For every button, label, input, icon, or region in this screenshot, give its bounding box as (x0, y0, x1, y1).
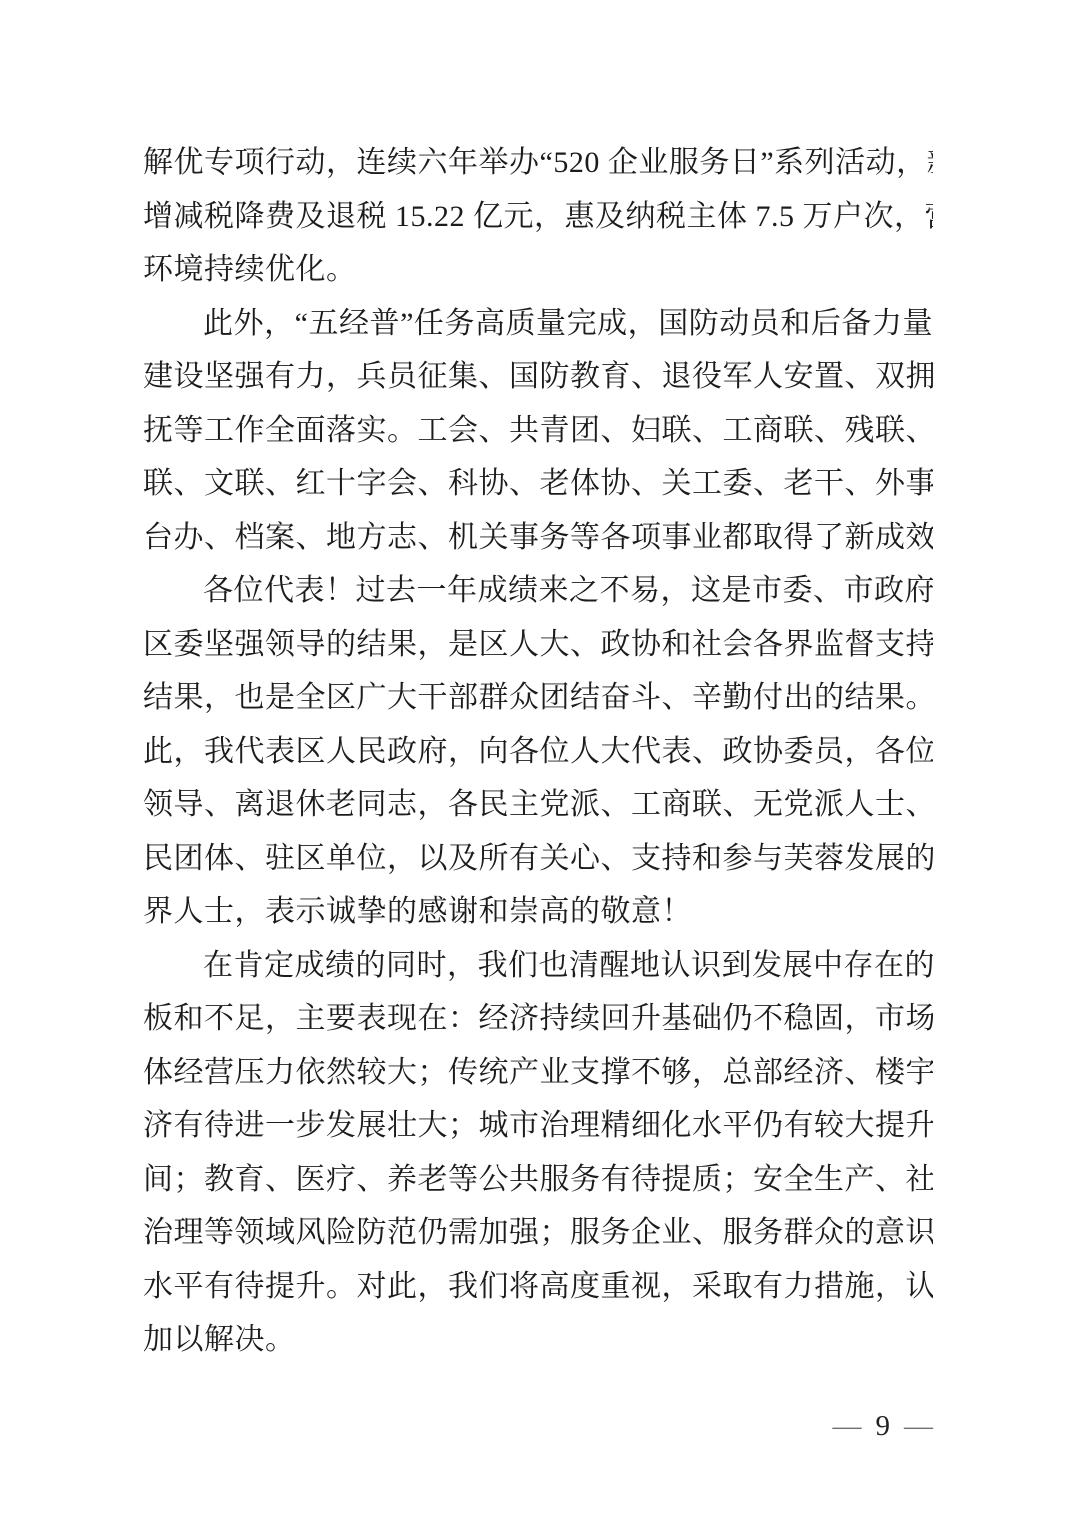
text-line: 结果，也是全区广大干部群众团结奋斗、辛勤付出的结果。在 (143, 671, 933, 725)
text-line: 济有待进一步发展壮大；城市治理精细化水平仍有较大提升空 (143, 1099, 933, 1153)
text-line: 环境持续优化。 (143, 243, 933, 297)
text-line: 体经营压力依然较大；传统产业支撑不够，总部经济、楼宇经 (143, 1046, 933, 1100)
text-line: 治理等领域风险防范仍需加强；服务企业、服务群众的意识和 (143, 1206, 933, 1260)
document-body: 解优专项行动，连续六年举办“520 企业服务日”系列活动，新增减税降费及退税 1… (143, 136, 933, 1367)
text-line: 增减税降费及退税 15.22 亿元，惠及纳税主体 7.5 万户次，营商 (143, 190, 933, 244)
text-line: 在肯定成绩的同时，我们也清醒地认识到发展中存在的短 (143, 939, 933, 993)
paragraph: 解优专项行动，连续六年举办“520 企业服务日”系列活动，新增减税降费及退税 1… (143, 136, 933, 297)
paragraph: 各位代表！过去一年成绩来之不易，这是市委、市政府和区委坚强领导的结果，是区人大、… (143, 564, 933, 939)
paragraph: 此外，“五经普”任务高质量完成，国防动员和后备力量建设坚强有力，兵员征集、国防教… (143, 297, 933, 565)
text-line: 板和不足，主要表现在：经济持续回升基础仍不稳固，市场主 (143, 992, 933, 1046)
text-line: 水平有待提升。对此，我们将高度重视，采取有力措施，认真 (143, 1260, 933, 1314)
footer-dash-left: — (833, 1410, 862, 1442)
text-line: 抚等工作全面落实。工会、共青团、妇联、工商联、残联、侨 (143, 404, 933, 458)
text-line: 解优专项行动，连续六年举办“520 企业服务日”系列活动，新 (143, 136, 933, 190)
footer-page-number: 9 (862, 1410, 905, 1442)
text-line: 此，我代表区人民政府，向各位人大代表、政协委员，各位老 (143, 725, 933, 779)
text-line: 领导、离退休老同志，各民主党派、工商联、无党派人士、人 (143, 778, 933, 832)
text-line: 各位代表！过去一年成绩来之不易，这是市委、市政府和 (143, 564, 933, 618)
paragraph: 在肯定成绩的同时，我们也清醒地认识到发展中存在的短板和不足，主要表现在：经济持续… (143, 939, 933, 1367)
text-line: 联、文联、红十字会、科协、老体协、关工委、老干、外事、 (143, 457, 933, 511)
page-footer: —9— (833, 1406, 934, 1446)
text-line: 界人士，表示诚挚的感谢和崇高的敬意！ (143, 885, 933, 939)
text-line: 此外，“五经普”任务高质量完成，国防动员和后备力量 (143, 297, 933, 351)
text-line: 民团体、驻区单位，以及所有关心、支持和参与芙蓉发展的各 (143, 832, 933, 886)
footer-dash-right: — (904, 1410, 933, 1442)
text-line: 区委坚强领导的结果，是区人大、政协和社会各界监督支持的 (143, 618, 933, 672)
text-line: 间；教育、医疗、养老等公共服务有待提质；安全生产、社会 (143, 1153, 933, 1207)
document-page: 解优专项行动，连续六年举办“520 企业服务日”系列活动，新增减税降费及退税 1… (0, 0, 1074, 1520)
text-line: 台办、档案、地方志、机关事务等各项事业都取得了新成效。 (143, 511, 933, 565)
text-line: 建设坚强有力，兵员征集、国防教育、退役军人安置、双拥优 (143, 350, 933, 404)
text-line: 加以解决。 (143, 1313, 933, 1367)
